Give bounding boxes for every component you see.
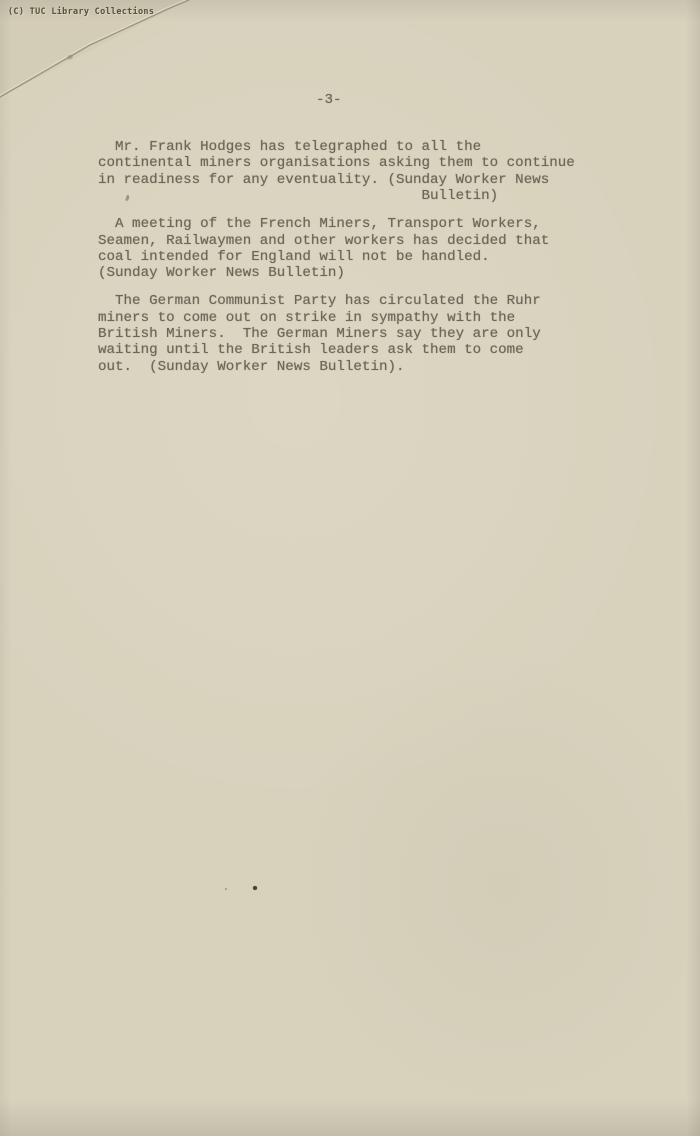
document-body: Mr. Frank Hodges has telegraphed to all … [98,139,575,387]
paragraph: The German Communist Party has circulate… [98,293,575,375]
page-number: -3- [316,92,342,108]
copyright-watermark: (C) TUC Library Collections [8,7,154,17]
paper-speck [225,888,227,890]
paragraph: A meeting of the French Miners, Transpor… [98,216,575,282]
paragraph: Mr. Frank Hodges has telegraphed to all … [98,139,575,205]
document-page: (C) TUC Library Collections -3- Mr. Fran… [0,0,700,1136]
paper-speck [253,886,257,890]
